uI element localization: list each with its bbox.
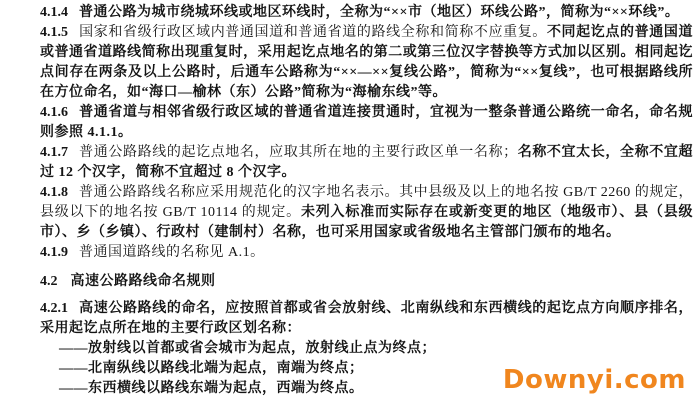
text-run: 普通国道路线的名称见 A.1。 [79, 245, 265, 260]
text-run: ——放射线以首都或省会城市为起点，放射线止点为终点； [59, 341, 436, 356]
document-page: 4.1.4普通公路为城市绕城环线或地区环线时，全称为“××市（地区）环线公路”，… [0, 0, 700, 401]
section-number: 4.2 [40, 274, 58, 289]
downyi-watermark: Downyi.com [503, 367, 686, 393]
section-paragraph: 4.1.5国家和省级行政区域内普通国道和普通省道的路线全称和简称不应重复。不同起… [40, 23, 693, 103]
section-paragraph: 4.1.9普通国道路线的名称见 A.1。 [40, 243, 693, 263]
section-number: 4.1.5 [40, 25, 68, 40]
dash-list-item: ——放射线以首都或省会城市为起点，放射线止点为终点； [40, 339, 693, 359]
section-paragraph: 4.1.8普通公路路线名称应采用规范化的汉字地名表示。其中县级及以上的地名按 G… [40, 183, 693, 243]
text-run: 国家和省级行政区域内普通国道和普通省道的路线全称和简称不应重复。 [79, 25, 547, 40]
section-paragraph: 4.1.7普通公路路线的起讫点地名，应取其所在地的主要行政区单一名称；名称不宜太… [40, 143, 693, 183]
text-run: 普通公路为城市绕城环线或地区环线时，全称为“××市（地区）环线公路”，简称为“×… [79, 5, 679, 20]
section-heading: 4.2高速公路路线命名规则 [40, 272, 693, 292]
section-number: 4.1.4 [40, 5, 68, 20]
text-run: 高速公路路线命名规则 [71, 274, 216, 289]
text-run: 普通公路路线的起讫点地名，应取其所在地的主要行政区单一名称； [79, 145, 518, 160]
section-number: 4.1.8 [40, 185, 68, 200]
text-run: ——东西横线以路线东端为起点，西端为终点。 [59, 381, 364, 396]
section-number: 4.1.6 [40, 105, 68, 120]
section-paragraph: 4.1.6普通省道与相邻省级行政区域的普通省道连接贯通时，宜视为一整条普通公路统… [40, 103, 693, 143]
text-run: 高速公路路线的命名，应按照首都或省会放射线、北南纵线和东西横线的起讫点方向顺序排… [40, 301, 693, 336]
text-run: 普通省道与相邻省级行政区域的普通省道连接贯通时，宜视为一整条普通公路统一命名，命… [40, 105, 693, 140]
section-number: 4.2.1 [40, 301, 68, 316]
document-body: 4.1.4普通公路为城市绕城环线或地区环线时，全称为“××市（地区）环线公路”，… [40, 3, 693, 399]
section-number: 4.1.9 [40, 245, 68, 260]
section-number: 4.1.7 [40, 145, 68, 160]
text-run: ——北南纵线以路线北端为起点，南端为终点； [59, 361, 364, 376]
section-paragraph: 4.1.4普通公路为城市绕城环线或地区环线时，全称为“××市（地区）环线公路”，… [40, 3, 693, 23]
section-paragraph: 4.2.1高速公路路线的命名，应按照首都或省会放射线、北南纵线和东西横线的起讫点… [40, 299, 693, 339]
